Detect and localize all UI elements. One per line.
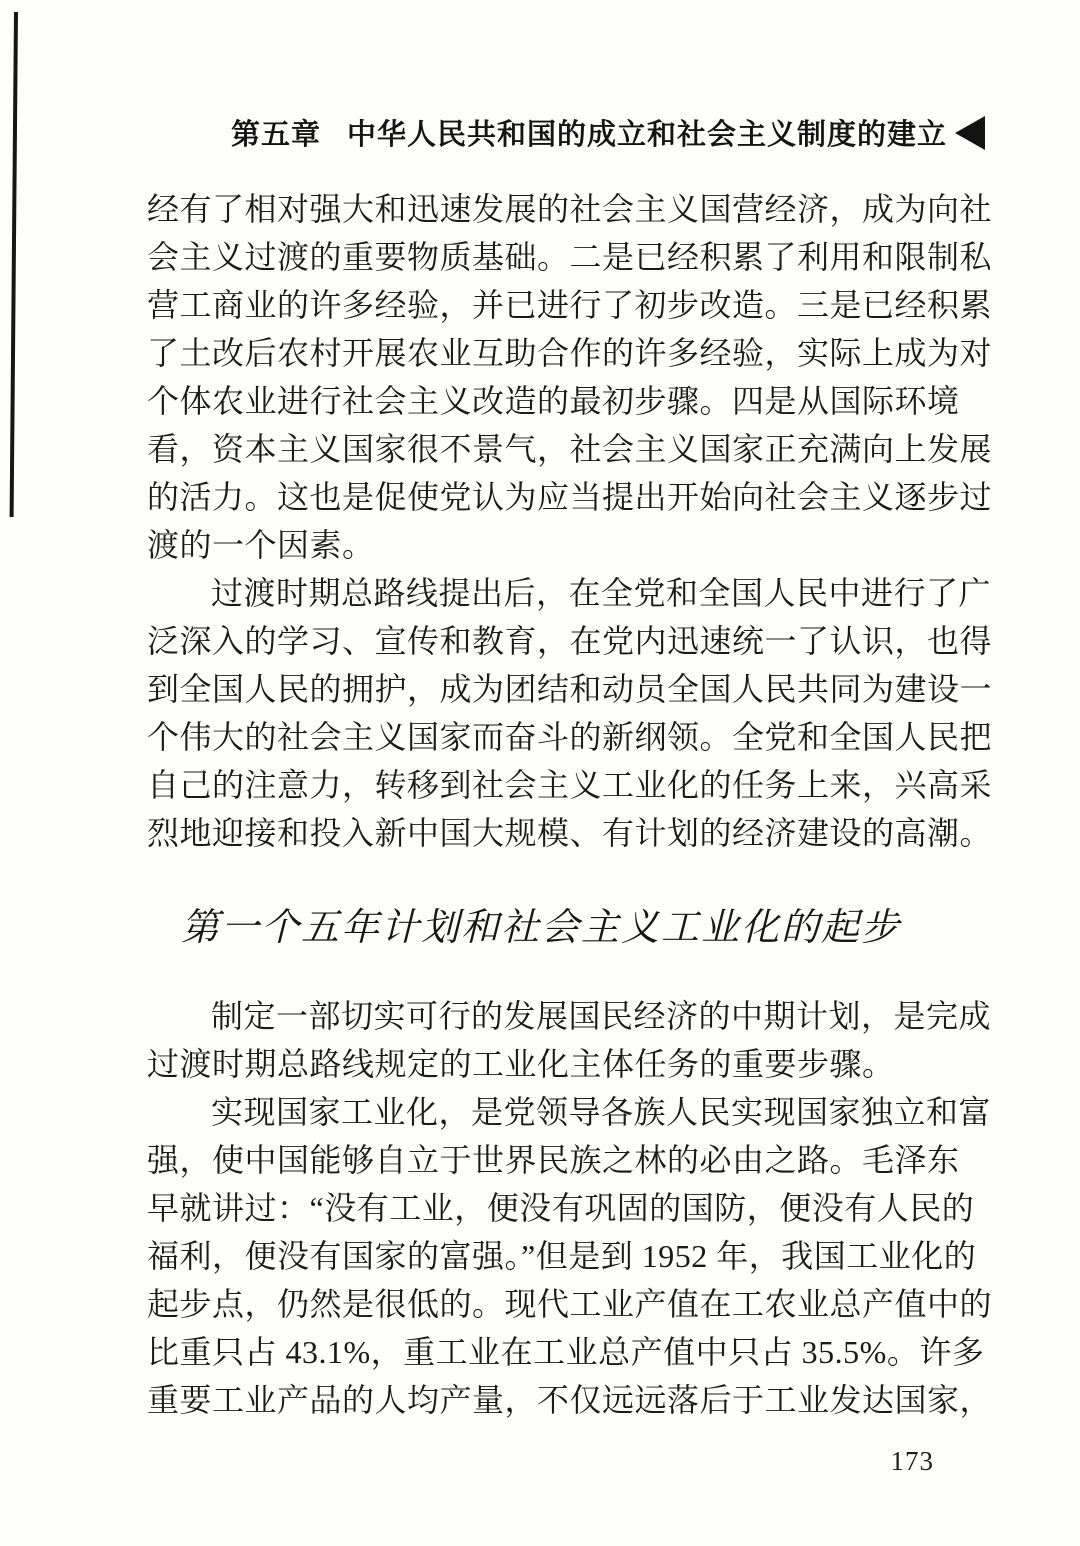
text-line: 的活力。这也是促使党认为应当提出开始向社会主义逐步过 — [147, 473, 935, 521]
page-number: 173 — [891, 1446, 935, 1477]
text-line: 营工商业的许多经验，并已进行了初步改造。三是已经积累 — [147, 281, 935, 329]
left-margin-line — [10, 12, 18, 517]
body-text-lower: 制定一部切实可行的发展国民经济的中期计划，是完成 过渡时期总路线规定的工业化主体… — [147, 992, 935, 1424]
text-line: 自己的注意力，转移到社会主义工业化的任务上来，兴高采 — [147, 761, 935, 809]
text-line: 到全国人民的拥护，成为团结和动员全国人民共同为建设一 — [147, 665, 935, 713]
text-line: 过渡时期总路线提出后，在全党和全国人民中进行了广 — [147, 569, 935, 617]
chapter-label: 第五章 — [231, 112, 321, 153]
text-line: 会主义过渡的重要物质基础。二是已经积累了利用和限制私 — [147, 233, 935, 281]
text-line: 烈地迎接和投入新中国大规模、有计划的经济建设的高潮。 — [147, 809, 935, 857]
text-line: 渡的一个因素。 — [147, 521, 935, 569]
text-line: 制定一部切实可行的发展国民经济的中期计划，是完成 — [147, 992, 935, 1040]
body-text-upper: 经有了相对强大和迅速发展的社会主义国营经济，成为向社 会主义过渡的重要物质基础。… — [147, 185, 935, 857]
text-line: 泛深入的学习、宣传和教育，在党内迅速统一了认识，也得 — [147, 617, 935, 665]
page-header: 第五章 中华人民共和国的成立和社会主义制度的建立 — [231, 112, 985, 153]
text-line: 起步点，仍然是很低的。现代工业产值在工农业总产值中的 — [147, 1280, 935, 1328]
text-line: 强，使中国能够自立于世界民族之林的必由之路。毛泽东 — [147, 1136, 935, 1184]
text-line: 个体农业进行社会主义改造的最初步骤。四是从国际环境 — [147, 377, 935, 425]
text-line: 经有了相对强大和迅速发展的社会主义国营经济，成为向社 — [147, 185, 935, 233]
text-line: 了土改后农村开展农业互助合作的许多经验，实际上成为对 — [147, 329, 935, 377]
text-line: 早就讲过：“没有工业，便没有巩固的国防，便没有人民的 — [147, 1184, 935, 1232]
text-line: 福利，便没有国家的富强。”但是到 1952 年，我国工业化的 — [147, 1232, 935, 1280]
text-line: 重要工业产品的人均产量，不仅远远落后于工业发达国家， — [147, 1376, 935, 1424]
text-line: 个伟大的社会主义国家而奋斗的新纲领。全党和全国人民把 — [147, 713, 935, 761]
book-page: 第五章 中华人民共和国的成立和社会主义制度的建立 经有了相对强大和迅速发展的社会… — [0, 0, 1080, 1546]
text-line: 过渡时期总路线规定的工业化主体任务的重要步骤。 — [147, 1040, 935, 1088]
chapter-title: 中华人民共和国的成立和社会主义制度的建立 — [347, 112, 947, 153]
text-line: 看，资本主义国家很不景气，社会主义国家正充满向上发展 — [147, 425, 935, 473]
text-line: 实现国家工业化，是党领导各族人民实现国家独立和富 — [147, 1088, 935, 1136]
text-line: 比重只占 43.1%，重工业在工业总产值中只占 35.5%。许多 — [147, 1328, 935, 1376]
chapter-arrow-icon — [955, 116, 985, 150]
section-heading: 第一个五年计划和社会主义工业化的起步 — [147, 893, 935, 963]
